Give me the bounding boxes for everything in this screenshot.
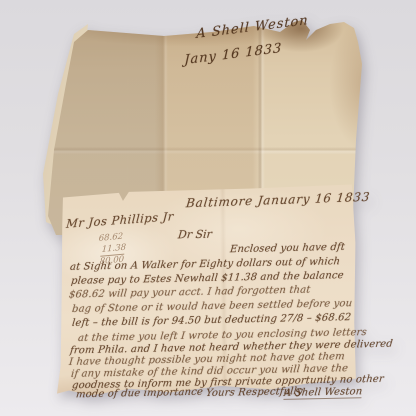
docket-date: Jany 16 1833: [184, 41, 282, 68]
letter-addressee: Mr Jos Phillips Jr: [66, 209, 175, 231]
letter-dateline: Baltimore January 16 1833: [185, 190, 371, 210]
letter-salutation: Dr Sir: [177, 228, 212, 242]
docket-name: A Shell Weston: [196, 13, 309, 42]
body-line: mode of due importance: [75, 387, 203, 401]
handwriting-layer: A Shell Weston Jany 16 1833 Baltimore Ja…: [0, 0, 416, 416]
letter-signature: A Shell Weston: [283, 386, 362, 400]
body-line: Enclosed you have dft: [229, 242, 345, 255]
paper-stack: A Shell Weston Jany 16 1833 Baltimore Ja…: [0, 0, 416, 416]
body-line: left – the bill is for 94.50 but deducti…: [71, 312, 351, 329]
body-line: $68.62 will pay your acct. I had forgott…: [68, 284, 310, 300]
letter-photo: A Shell Weston Jany 16 1833 Baltimore Ja…: [0, 0, 416, 416]
